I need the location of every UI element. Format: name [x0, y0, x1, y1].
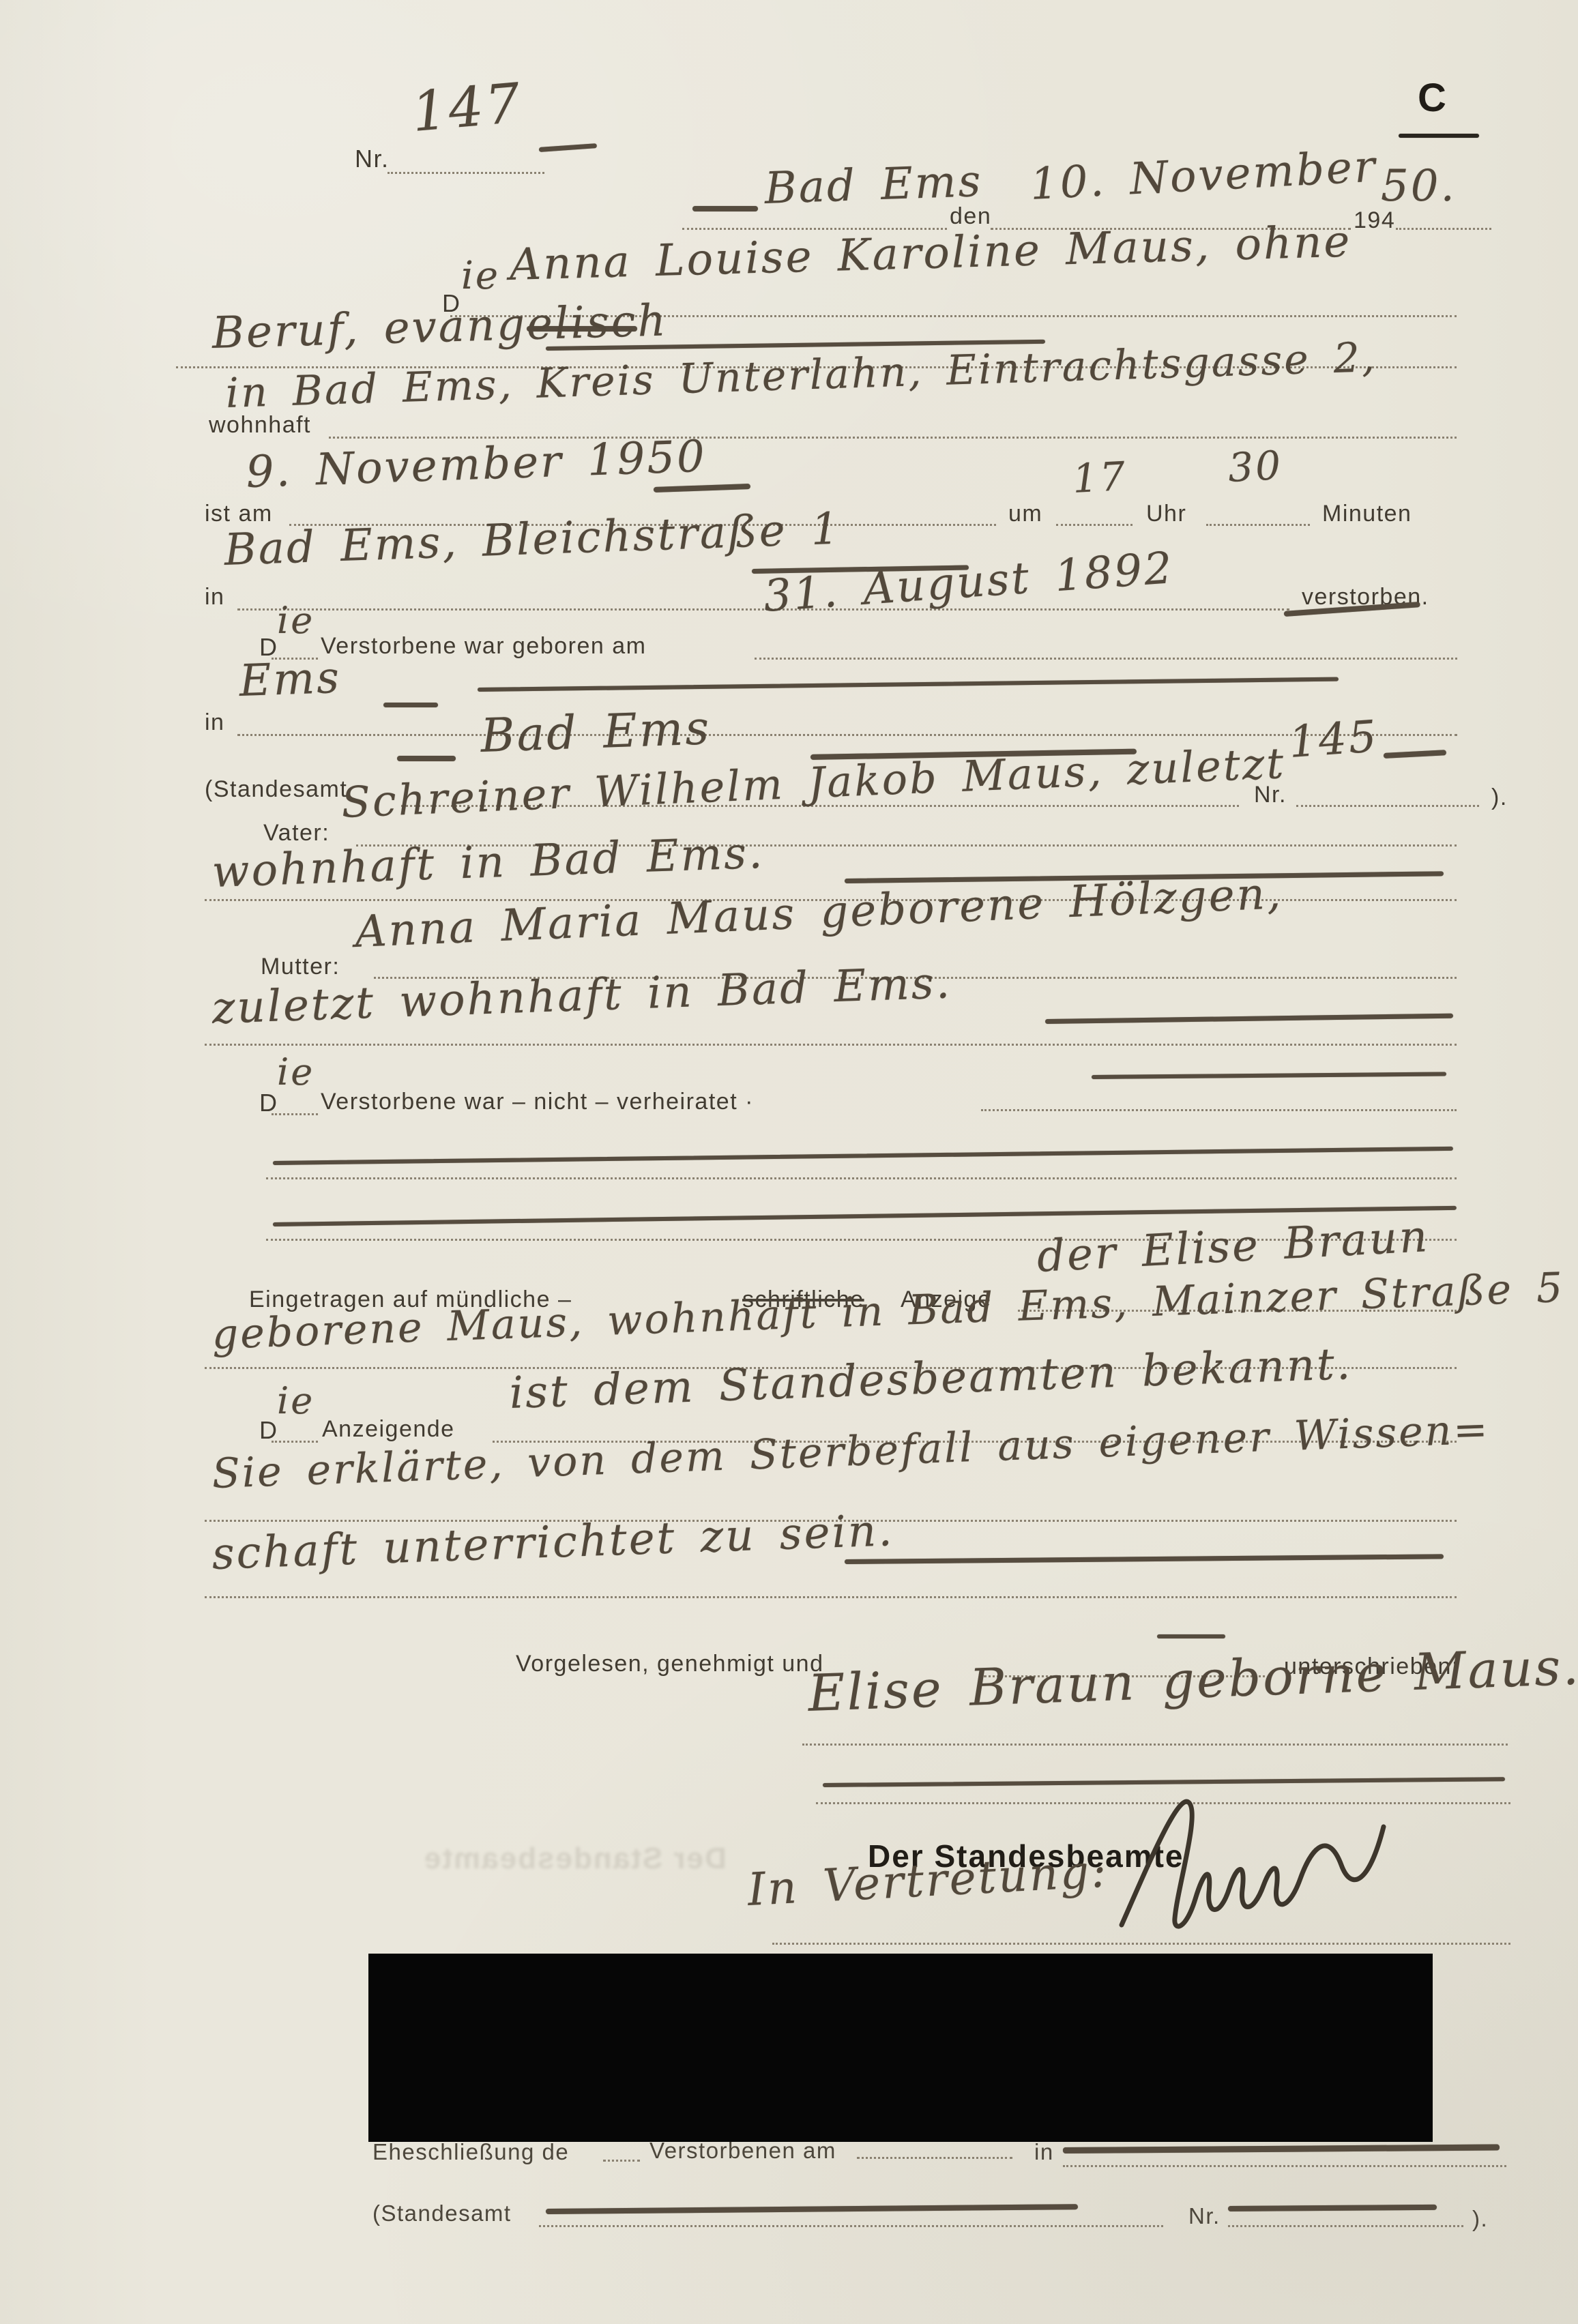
death-place-dotted [237, 608, 1289, 611]
marital-filler-line [1092, 1072, 1446, 1079]
born-label: Verstorbene war geboren am [321, 633, 646, 660]
birth-place-dotted [237, 734, 1457, 736]
dateline-year-written: 50. [1381, 161, 1457, 211]
mother-filler-line [1045, 1014, 1453, 1024]
article-written-ie-2: ie [277, 599, 315, 642]
marriage-paren-close: ). [1472, 2206, 1488, 2232]
registry-nr-value: 145 [1287, 711, 1380, 768]
in-label-birth: in [205, 709, 224, 736]
birth-place-dash [383, 703, 438, 707]
born-dotted-2 [755, 658, 1457, 660]
marriage-dotted-2 [857, 2157, 1012, 2159]
marriage-dotted-5 [1228, 2225, 1463, 2227]
vorgelesen-label: Vorgelesen, genehmigt und [516, 1651, 823, 1677]
blank-strike-line-1 [273, 1147, 1453, 1165]
mutter-label: Mutter: [261, 954, 340, 980]
informant-line2: geborene Maus, wohnhaft in Bad Ems, Main… [211, 1264, 1566, 1359]
statement-filler-line [845, 1554, 1444, 1564]
birth-place-filler-line [478, 677, 1339, 692]
marriage-strike-line-2 [546, 2204, 1078, 2214]
um-label: um [1008, 501, 1042, 527]
article-written-ie-1: ie [461, 254, 500, 298]
birth-place: Ems [238, 653, 342, 707]
signature-dotted [802, 1744, 1508, 1746]
record-number-label: Nr. [355, 145, 390, 173]
record-number-value: 147 [409, 71, 525, 144]
anzeigende-label: Anzeigende [322, 1416, 455, 1443]
corner-mark: C [1418, 75, 1448, 121]
marriage-strike-line-3 [1228, 2205, 1437, 2211]
marital-dotted-1 [272, 1113, 318, 1115]
marriage-label-1: Eheschließung de [372, 2139, 569, 2165]
registrar-signature-scribble [1112, 1784, 1399, 1948]
marriage-strike-line-1 [1063, 2145, 1500, 2153]
record-number-dash [539, 143, 597, 152]
death-hour: 17 [1071, 453, 1128, 502]
death-date: 9. November 1950 [245, 431, 707, 498]
dateline-dash [692, 206, 758, 211]
marital-dotted-2 [981, 1109, 1457, 1111]
marital-line: Verstorbene war – nicht – verheiratet · [321, 1089, 754, 1115]
registry-paren-close: ). [1491, 784, 1508, 811]
blank-dotted-1 [266, 1177, 1457, 1179]
wohnhaft-label: wohnhaft [209, 412, 311, 439]
deceased-name: Anna Louise Karoline Maus, ohne [509, 217, 1352, 291]
approval-dash [1157, 1634, 1225, 1638]
death-record-scan: C 147 Nr. Bad Ems den 10. November 194 5… [0, 0, 1578, 2324]
record-number-line [388, 172, 544, 174]
registry-dash-2 [1384, 750, 1446, 759]
dateline-date: 10. November [1029, 141, 1378, 210]
marriage-label-2: Verstorbenen am [649, 2138, 836, 2164]
death-minute: 30 [1227, 442, 1283, 491]
dateline-den-label: den [950, 203, 991, 230]
marriage-dotted-1 [603, 2160, 640, 2162]
statement-dotted-2 [205, 1596, 1457, 1598]
vertretung-label: In Vertretung: [746, 1844, 1109, 1916]
registry-dash-1 [397, 756, 456, 761]
minuten-label: Minuten [1322, 501, 1412, 527]
registrar-dotted [772, 1943, 1510, 1945]
death-place: Bad Ems, Bleichstraße 1 [223, 503, 841, 576]
statement-line2: schaft unterrichtet zu sein. [211, 1505, 894, 1580]
corner-mark-underline [1399, 134, 1479, 138]
registry-place: Bad Ems [480, 701, 712, 763]
known-dotted-1 [272, 1441, 318, 1443]
marriage-dotted-4 [539, 2225, 1163, 2227]
article-written-ie-3: ie [277, 1050, 315, 1093]
marriage-label-3: in [1034, 2139, 1054, 2165]
mother-dotted-2 [205, 1044, 1457, 1046]
uhr-label: Uhr [1146, 501, 1186, 527]
death-date-dash [654, 484, 750, 492]
dateline-dotted-3 [1396, 228, 1491, 230]
marriage-dotted-3 [1063, 2165, 1506, 2167]
standesamt-label: (Standesamt [205, 776, 347, 803]
in-label-death: in [205, 584, 224, 611]
informant-signature: Elise Braun geborne Maus. [807, 1638, 1578, 1723]
registry-dotted-2 [1296, 805, 1479, 807]
marriage-standesamt-label: (Standesamt [372, 2201, 512, 2226]
known-line: ist dem Standesbeamten bekannt. [508, 1339, 1353, 1419]
marriage-nr-label: Nr. [1188, 2203, 1221, 2229]
minute-dotted [1206, 524, 1310, 526]
redaction-block [368, 1954, 1433, 2142]
bleed-through-ghost-text: Der Standesbeamte [423, 1842, 727, 1876]
hour-dotted [1056, 524, 1133, 526]
article-written-ie-4: ie [277, 1379, 315, 1422]
vater-label: Vater: [263, 820, 330, 847]
